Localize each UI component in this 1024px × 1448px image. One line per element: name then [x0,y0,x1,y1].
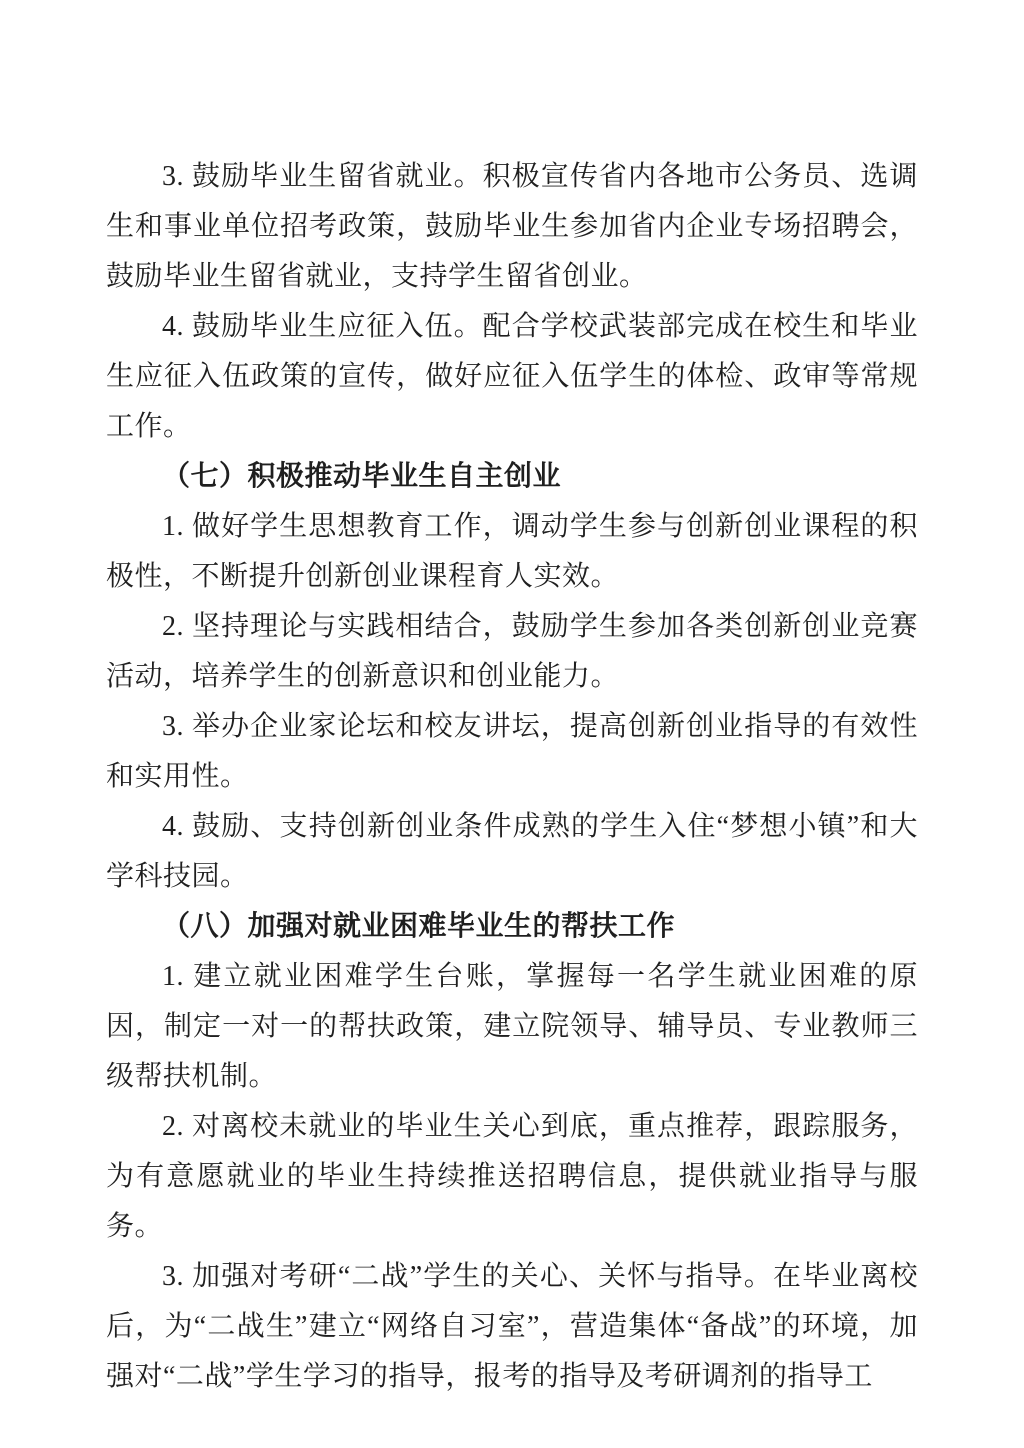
paragraph: 3. 加强对考研“二战”学生的关心、关怀与指导。在毕业离校后，为“二战生”建立“… [106,1252,918,1402]
paragraph: 3. 鼓励毕业生留省就业。积极宣传省内各地市公务员、选调生和事业单位招考政策，鼓… [106,152,918,302]
document-page: 3. 鼓励毕业生留省就业。积极宣传省内各地市公务员、选调生和事业单位招考政策，鼓… [0,0,1024,1448]
paragraph: 1. 建立就业困难学生台账，掌握每一名学生就业困难的原因，制定一对一的帮扶政策，… [106,952,918,1102]
paragraph: 2. 坚持理论与实践相结合，鼓励学生参加各类创新创业竞赛活动，培养学生的创新意识… [106,602,918,702]
paragraph: 4. 鼓励、支持创新创业条件成熟的学生入住“梦想小镇”和大学科技园。 [106,802,918,902]
paragraph: 4. 鼓励毕业生应征入伍。配合学校武装部完成在校生和毕业生应征入伍政策的宣传，做… [106,302,918,452]
paragraph: 2. 对离校未就业的毕业生关心到底，重点推荐，跟踪服务，为有意愿就业的毕业生持续… [106,1102,918,1252]
paragraph: 1. 做好学生思想教育工作，调动学生参与创新创业课程的积极性，不断提升创新创业课… [106,502,918,602]
section-heading-eight: （八）加强对就业困难毕业生的帮扶工作 [106,902,918,952]
section-heading-seven: （七）积极推动毕业生自主创业 [106,452,918,502]
paragraph: 3. 举办企业家论坛和校友讲坛，提高创新创业指导的有效性和实用性。 [106,702,918,802]
